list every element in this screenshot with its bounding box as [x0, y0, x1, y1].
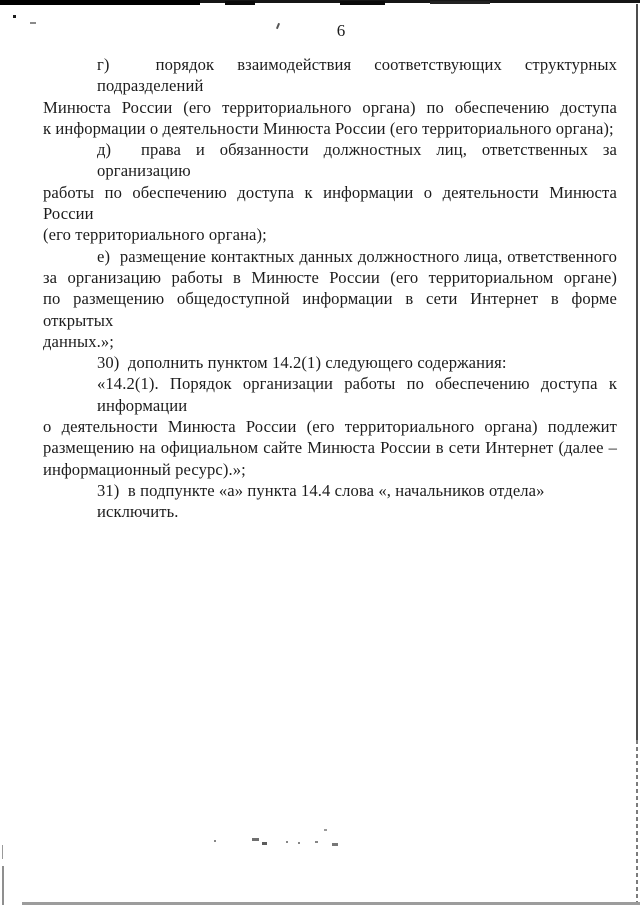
- text-line: работы по обеспечению доступа к информац…: [43, 182, 617, 225]
- text-line: к информации о деятельности Минюста Росс…: [43, 118, 617, 139]
- scan-edge-right-line-dashed: [636, 740, 638, 905]
- scan-edge-top-segment: [225, 1, 255, 5]
- text-line: д) права и обязанности должностных лиц, …: [43, 139, 617, 182]
- scanned-document-page: 6 г) порядок взаимодействия соответствую…: [0, 0, 640, 905]
- scan-noise: [298, 842, 300, 844]
- scan-noise: [252, 838, 259, 841]
- scan-noise: [276, 23, 280, 29]
- page-number: 6: [337, 21, 346, 41]
- text-line: информационный ресурс).»;: [43, 459, 617, 480]
- scan-noise: [214, 840, 216, 842]
- scan-edge-top-segment: [430, 1, 490, 4]
- text-line: Минюста России (его территориального орг…: [43, 97, 617, 118]
- text-line: размещению на официальном сайте Минюста …: [43, 437, 617, 458]
- text-block: г) порядок взаимодействия соответствующи…: [43, 54, 617, 523]
- text-line: «14.2(1). Порядок организации работы по …: [43, 373, 617, 416]
- scan-edge-top-segment: [340, 1, 385, 5]
- scan-edge-top-bar-thick: [0, 0, 200, 5]
- text-line: за организацию работы в Минюсте России (…: [43, 267, 617, 288]
- text-line: е) размещение контактных данных должност…: [43, 246, 617, 267]
- scan-edge-left-line: [2, 866, 4, 905]
- text-line: г) порядок взаимодействия соответствующи…: [43, 54, 617, 97]
- scan-edge-left-line: [2, 845, 3, 859]
- scan-noise: [332, 843, 338, 846]
- scan-edge-right-line: [636, 4, 638, 740]
- scan-noise: [13, 15, 16, 18]
- text-line: (его территориального органа);: [43, 224, 617, 245]
- scan-noise: [262, 842, 267, 845]
- text-line: 30) дополнить пунктом 14.2(1) следующего…: [43, 352, 617, 373]
- text-line: данных.»;: [43, 331, 617, 352]
- scan-noise: [324, 829, 327, 831]
- text-line: о деятельности Минюста России (его терри…: [43, 416, 617, 437]
- scan-noise: [286, 841, 288, 843]
- text-line: 31) в подпункте «а» пункта 14.4 слова «,…: [43, 480, 617, 523]
- scan-noise: [315, 841, 318, 843]
- scan-noise: [30, 22, 36, 24]
- text-line: по размещению общедоступной информации в…: [43, 288, 617, 331]
